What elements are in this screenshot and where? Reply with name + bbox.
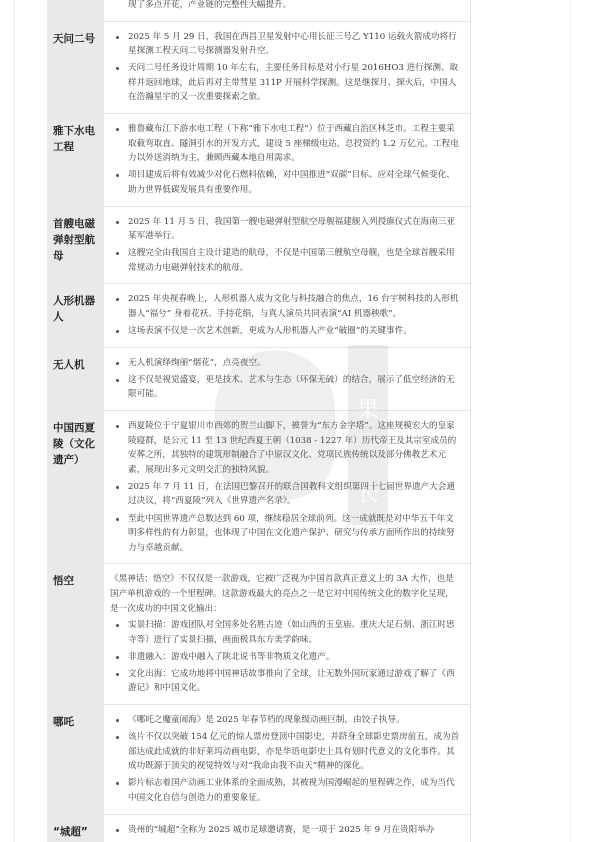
bullet-item: 这艘完全由我国自主设计建造的航母，不仅是中国第三艘航空母舰，也是全球首艘采用常规… <box>128 246 462 275</box>
bullet-item: 雅鲁藏布江下游水电工程（下称“雅下水电工程”）位于西藏自治区林芝市。工程主要采取… <box>128 122 462 166</box>
row-content: 《哪吒之魔童闹海》是 2025 年春节档的现象级动画巨制，由饺子执导。 该片不仅… <box>104 705 470 814</box>
row-label: 雅下水电工程 <box>47 114 104 205</box>
row-label: 中国西夏陵（文化遗产） <box>47 411 104 563</box>
continuation-text: 现了多点开花，产业链的完整性大幅提升。 <box>110 0 462 13</box>
bullet-item: 贵州的“城超”全称为 2025 城市足球邀请赛，是一项于 2025 年 9 月在… <box>128 823 462 838</box>
bullet-list: 实景扫描：游戏团队对全国多处名胜古迹（如山西的玉皇庙、重庆大足石刻、浙江时思寺等… <box>110 618 462 696</box>
bullet-list: 2025 年 5 月 29 日，我国在西昌卫星发射中心用长征三号乙 Y110 运… <box>110 30 462 105</box>
bullet-item: 2025 年 11 月 5 日，我国第一艘电磁弹射型航空母舰福建舰入列授旗仪式在… <box>128 215 462 244</box>
bullet-list: 西夏陵位于宁夏银川市西郊的贺兰山脚下，被誉为“东方金字塔”。这座规模宏大的皇家陵… <box>110 419 462 555</box>
row-content: 2025 年 11 月 5 日，我国第一艘电磁弹射型航空母舰福建舰入列授旗仪式在… <box>104 207 470 284</box>
row-content: 西夏陵位于宁夏银川市西郊的贺兰山脚下，被誉为“东方金字塔”。这座规模宏大的皇家陵… <box>104 411 470 563</box>
bullet-item: 该片不仅以突破 154 亿元的惊人票房登顶中国影史，并跻身全球影史票房前五，成为… <box>128 730 462 774</box>
row-label <box>47 0 104 21</box>
table-row: 首艘电磁弹射型航母 2025 年 11 月 5 日，我国第一艘电磁弹射型航空母舰… <box>47 206 470 284</box>
row-label: 天问二号 <box>47 22 104 113</box>
bullet-item: 项目建成后将有效减少对化石燃料依赖，对中国推进“双碳”目标、应对全球气候变化、助… <box>128 168 462 197</box>
bullet-list: 《哪吒之魔童闹海》是 2025 年春节档的现象级动画巨制，由饺子执导。 该片不仅… <box>110 713 462 806</box>
row-content: 2025 年央视春晚上，人形机器人成为文化与科技融合的焦点，16 台宇树科技的人… <box>104 284 470 346</box>
bullet-item: 这不仅是视觉盛宴，更是技术、艺术与生态（环保无硫）的结合，展示了低空经济的无限可… <box>128 373 462 402</box>
bullet-item: 西夏陵位于宁夏银川市西郊的贺兰山脚下，被誉为“东方金字塔”。这座规模宏大的皇家陵… <box>128 419 462 477</box>
bullet-list: 雅鲁藏布江下游水电工程（下称“雅下水电工程”）位于西藏自治区林芝市。工程主要采取… <box>110 122 462 197</box>
bullet-item: 2025 年央视春晚上，人形机器人成为文化与科技融合的焦点，16 台宇树科技的人… <box>128 292 462 321</box>
table-row: 天问二号 2025 年 5 月 29 日，我国在西昌卫星发射中心用长征三号乙 Y… <box>47 21 470 113</box>
summary-table: 现了多点开花，产业链的完整性大幅提升。 天问二号 2025 年 5 月 29 日… <box>47 0 471 842</box>
bullet-list: 贵州的“城超”全称为 2025 城市足球邀请赛，是一项于 2025 年 9 月在… <box>110 823 462 838</box>
bullet-item: 影片标志着国产动画工业体系的全面成熟，其被视为国漫崛起的里程碑之作，成为当代中国… <box>128 776 462 805</box>
table-row: 无人机 无人机演绎绚丽“烟花”，点亮夜空。 这不仅是视觉盛宴，更是技术、艺术与生… <box>47 347 470 410</box>
row-label: 悟空 <box>47 564 104 704</box>
row-content: 贵州的“城超”全称为 2025 城市足球邀请赛，是一项于 2025 年 9 月在… <box>104 815 470 842</box>
table-row: 悟空 《黑神话：悟空》不仅仅是一款游戏，它被广泛视为中国首款真正意义上的 3A … <box>47 563 470 704</box>
row-label: 人形机器人 <box>47 284 104 346</box>
bullet-list: 2025 年 11 月 5 日，我国第一艘电磁弹射型航空母舰福建舰入列授旗仪式在… <box>110 215 462 276</box>
bullet-item: 至此中国世界遗产总数达到 60 项，继续稳居全球前列。这一成就既是对中华五千年文… <box>128 512 462 556</box>
row-content: 无人机演绎绚丽“烟花”，点亮夜空。 这不仅是视觉盛宴，更是技术、艺术与生态（环保… <box>104 348 470 410</box>
bullet-item: 非遗融入：游戏中融入了陕北说书等非物质文化遗产。 <box>128 650 462 665</box>
table-row: 人形机器人 2025 年央视春晚上，人形机器人成为文化与科技融合的焦点，16 台… <box>47 283 470 346</box>
row-label: 首艘电磁弹射型航母 <box>47 207 104 284</box>
table-row-continuation: 现了多点开花，产业链的完整性大幅提升。 <box>47 0 470 21</box>
table-row: 中国西夏陵（文化遗产） 西夏陵位于宁夏银川市西郊的贺兰山脚下，被誉为“东方金字塔… <box>47 410 470 563</box>
page-frame-left <box>14 0 15 842</box>
bullet-item: 实景扫描：游戏团队对全国多处名胜古迹（如山西的玉皇庙、重庆大足石刻、浙江时思寺等… <box>128 618 462 647</box>
row-content: 雅鲁藏布江下游水电工程（下称“雅下水电工程”）位于西藏自治区林芝市。工程主要采取… <box>104 114 470 205</box>
bullet-item: 这场表演不仅是一次艺术创新，更成为人形机器人产业“破圈”的关键事件。 <box>128 324 462 339</box>
table-row: “城超” 贵州的“城超”全称为 2025 城市足球邀请赛，是一项于 2025 年… <box>47 814 470 842</box>
row-label: 无人机 <box>47 348 104 410</box>
row-content: 《黑神话：悟空》不仅仅是一款游戏，它被广泛视为中国首款真正意义上的 3A 大作，… <box>104 564 470 704</box>
bullet-list: 无人机演绎绚丽“烟花”，点亮夜空。 这不仅是视觉盛宴，更是技术、艺术与生态（环保… <box>110 356 462 402</box>
row-content: 现了多点开花，产业链的完整性大幅提升。 <box>104 0 470 21</box>
bullet-item: 《哪吒之魔童闹海》是 2025 年春节档的现象级动画巨制，由饺子执导。 <box>128 713 462 728</box>
page-frame-right <box>570 0 571 842</box>
table-row: 雅下水电工程 雅鲁藏布江下游水电工程（下称“雅下水电工程”）位于西藏自治区林芝市… <box>47 113 470 205</box>
row-content: 2025 年 5 月 29 日，我国在西昌卫星发射中心用长征三号乙 Y110 运… <box>104 22 470 113</box>
bullet-list: 2025 年央视春晚上，人形机器人成为文化与科技融合的焦点，16 台宇树科技的人… <box>110 292 462 338</box>
bullet-item: 2025 年 5 月 29 日，我国在西昌卫星发射中心用长征三号乙 Y110 运… <box>128 30 462 59</box>
bullet-item: 文化出海：它成功地将中国神话故事推向了全球，让无数外国玩家通过游戏了解了《西游记… <box>128 667 462 696</box>
row-intro-text: 《黑神话：悟空》不仅仅是一款游戏，它被广泛视为中国首款真正意义上的 3A 大作，… <box>110 572 462 616</box>
table-row: 哪吒 《哪吒之魔童闹海》是 2025 年春节档的现象级动画巨制，由饺子执导。 该… <box>47 704 470 814</box>
bullet-item: 2025 年 7 月 11 日，在法国巴黎召开的联合国教科文组织第四十七届世界遗… <box>128 480 462 509</box>
row-label: “城超” <box>47 815 104 842</box>
bullet-item: 天问二号任务设计周期 10 年左右，主要任务目标是对小行星 2016HO3 进行… <box>128 61 462 105</box>
bullet-item: 无人机演绎绚丽“烟花”，点亮夜空。 <box>128 356 462 371</box>
row-label: 哪吒 <box>47 705 104 814</box>
